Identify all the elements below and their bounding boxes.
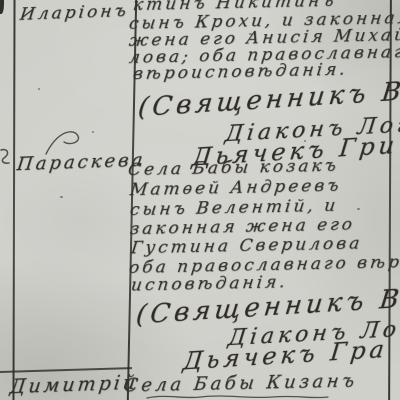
cut-off-ink-mark (0, 146, 12, 166)
name-column-entry: Димитрій (9, 372, 140, 399)
ink-speck (249, 33, 252, 35)
name-column-entry: Иларіонъ (19, 1, 130, 25)
scanned-register-page: Иларіонъ ктинъ Никитинъ сынъ Крохи, и за… (0, 0, 400, 400)
ink-blot (0, 0, 4, 14)
record-text-line: Села Бабы Кизанъ (123, 371, 359, 397)
ink-speck (92, 131, 94, 133)
column-rule-left (12, 0, 15, 400)
record-text-line: вѣроисповѣданія. (132, 60, 349, 85)
ink-speck (357, 208, 360, 210)
ink-speck (38, 88, 40, 90)
cut-off-text-line (145, 394, 330, 400)
ink-speck (60, 196, 63, 198)
ink-speck (304, 140, 306, 142)
sexton-signature: Дьячекъ Гра (182, 335, 390, 376)
